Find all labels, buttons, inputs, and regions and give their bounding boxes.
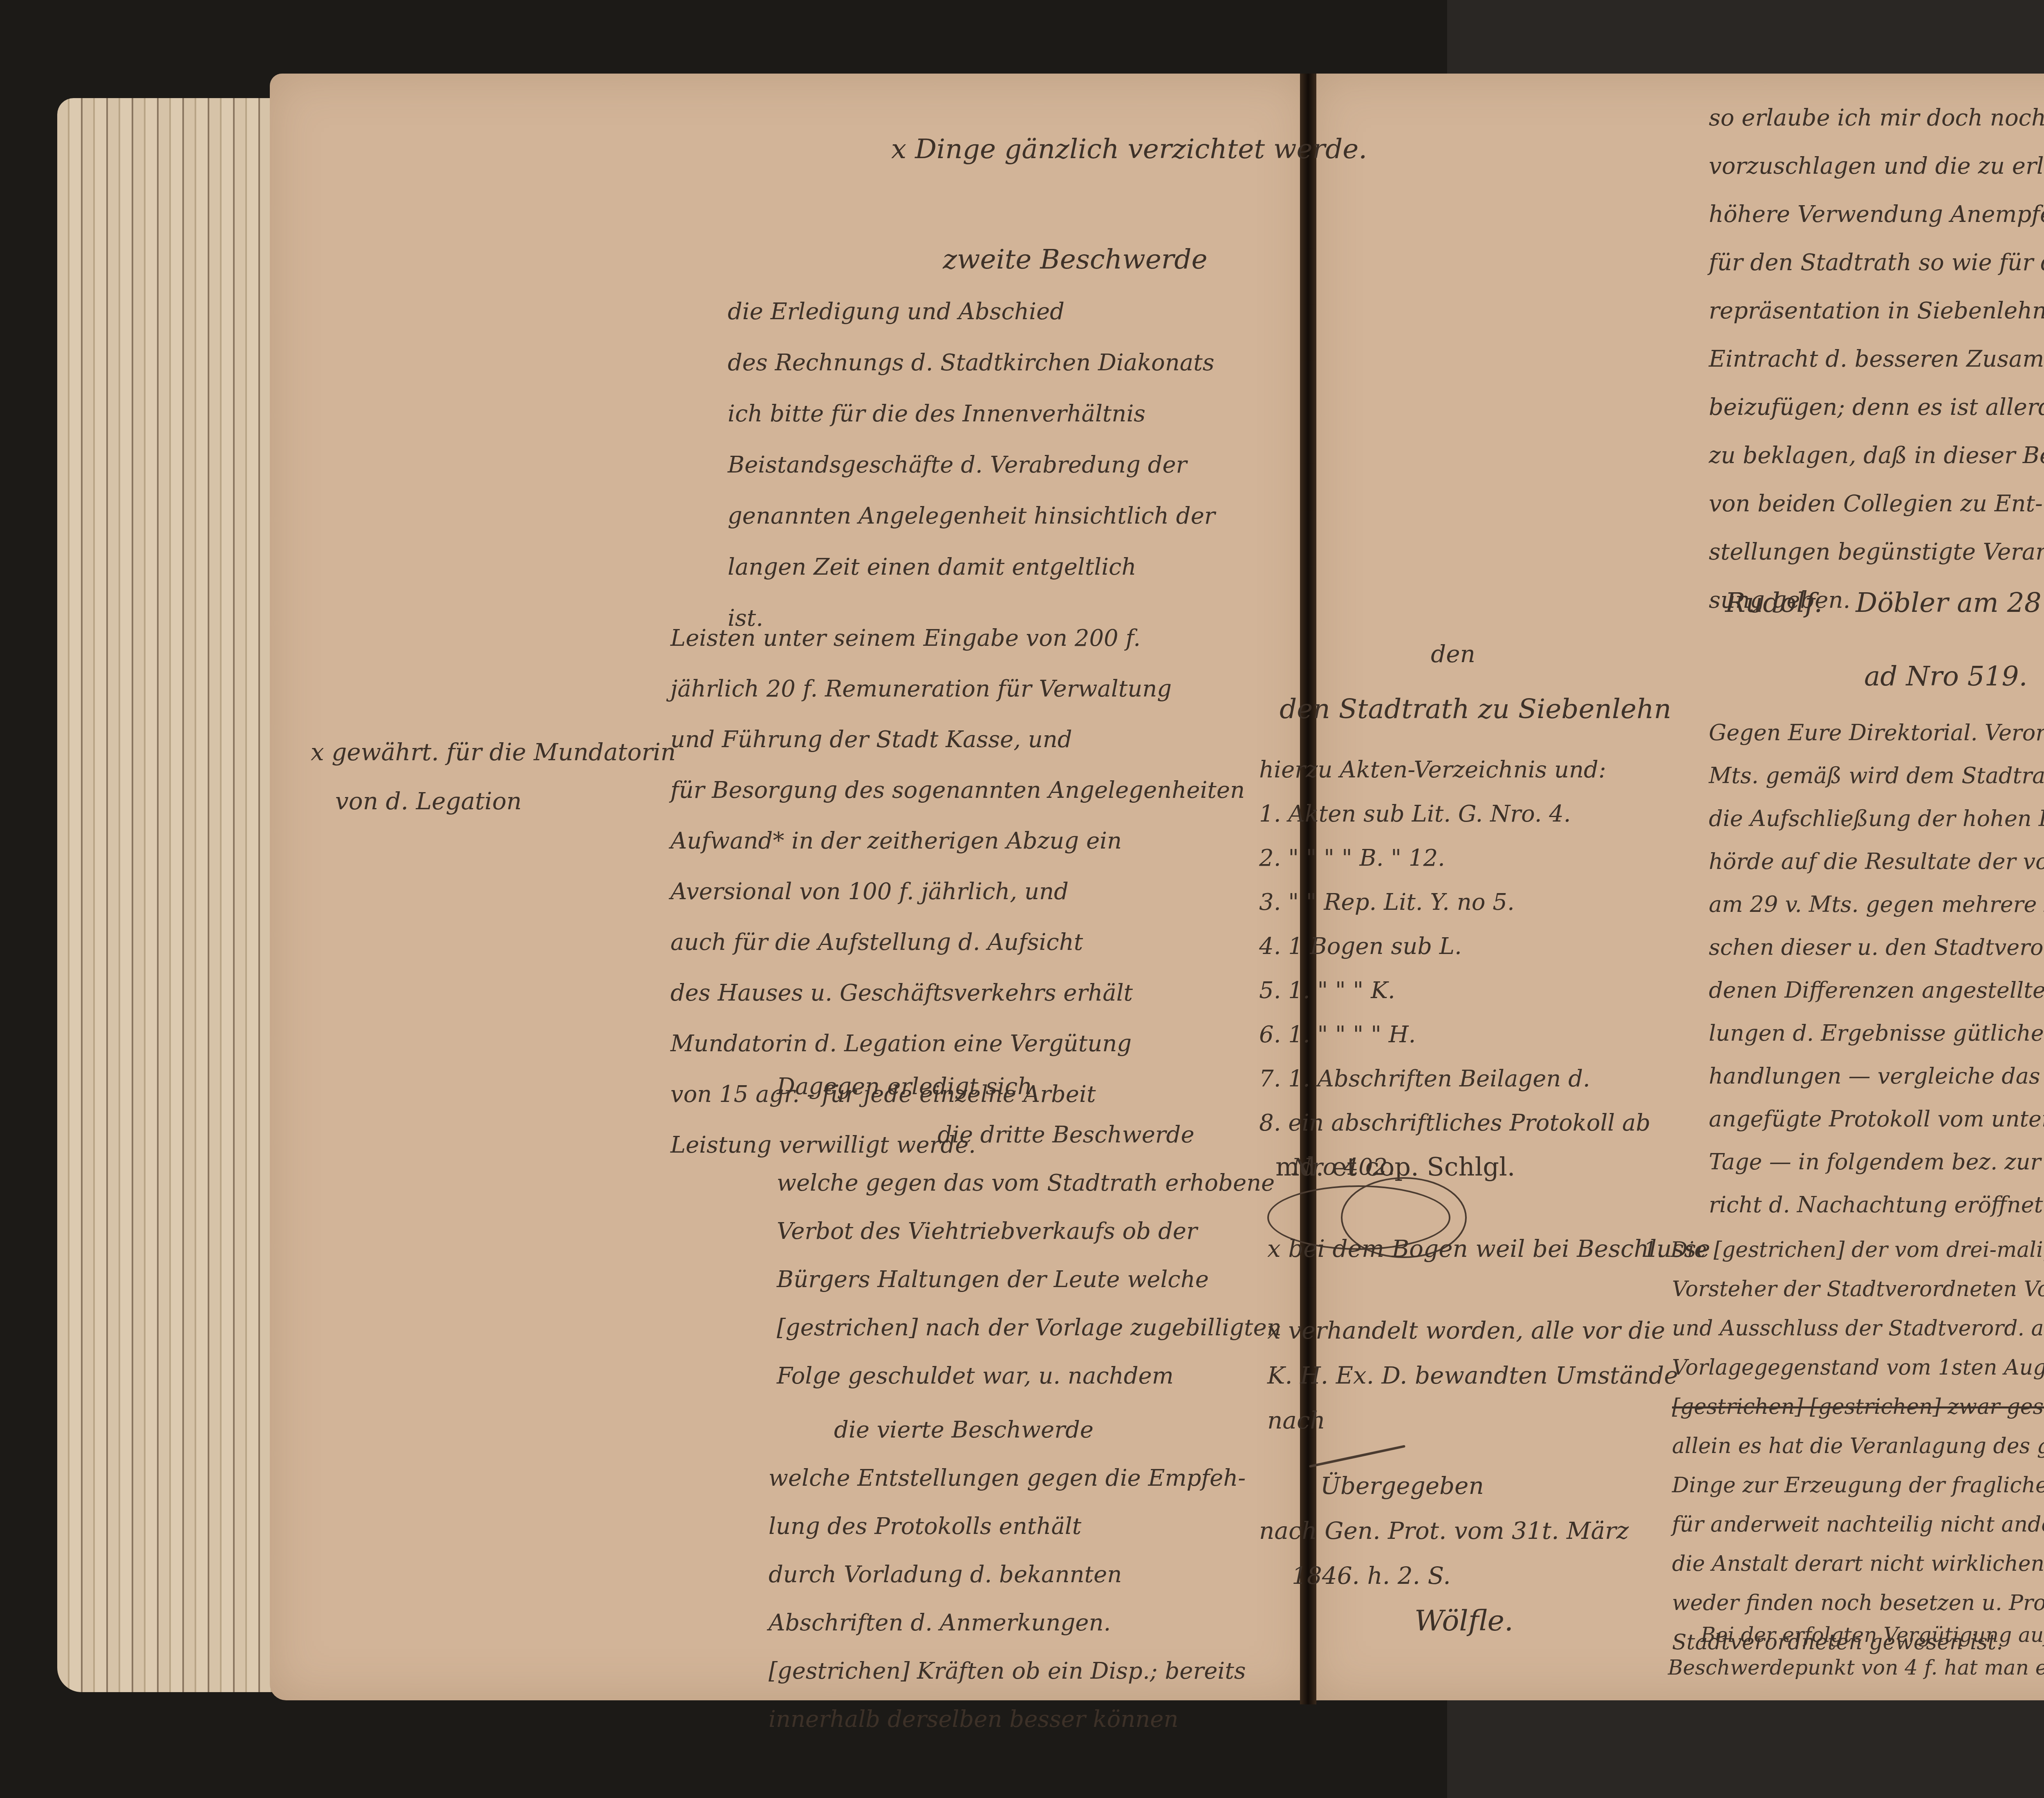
heading-vierte-beschwerde: die vierte Beschwerde: [769, 1406, 1246, 1454]
enclosure-item: 2. " " " " B. " 12.: [1259, 836, 1650, 880]
signature-woelfle: Wölfle.: [1259, 1598, 1629, 1643]
signoff-date: Döbler am 28 Febr. 46.: [1831, 587, 2044, 618]
enclosure-item: 4. 1 Bogen sub L.: [1259, 925, 1650, 969]
enclosure-list: hierzu Akten-Verzeichnis und: 1. Akten s…: [1259, 748, 1650, 1189]
closing-text: Bei der erfolgten Vergütigung auf die 3t…: [1668, 1619, 2044, 1684]
address-line: den Stadtrath zu Siebenlehn: [1280, 678, 1671, 740]
enclosure-item: 6. 1. " " " " H.: [1259, 1013, 1650, 1057]
item-number: 1.: [1643, 1238, 1664, 1262]
enclosure-intro: hierzu Akten-Verzeichnis und:: [1259, 748, 1650, 792]
enclosure-item: 5. 1. " " " K.: [1259, 969, 1650, 1013]
left-page-edges: [57, 98, 278, 1692]
reference-heading: ad Nro 519.: [1864, 646, 2028, 707]
left-top-line: x Dinge gänzlich verzichtet werde.: [891, 119, 1367, 180]
enclosure-item: 3. " " Rep. Lit. Y. no 5.: [1259, 880, 1650, 925]
signoff-name: Rudolf.: [1725, 587, 1822, 618]
signoff-line: Rudolf. Döbler am 28 Febr. 46.: [1725, 572, 2044, 634]
right-top-text: so erlaube ich mir doch noch dies nicht …: [1709, 94, 2044, 625]
right-body-text: Gegen Eure Direktorial. Verordg. vom 20.…: [1709, 711, 2044, 1226]
heading-dritte-beschwerde: die dritte Beschwerde: [777, 1111, 1282, 1159]
item-1: 1. Die [gestrichen] der vom drei-maligen…: [1643, 1230, 2044, 1662]
address-above: den: [1431, 629, 1475, 678]
section-3-text: Dagegen erledigt sich die dritte Beschwe…: [777, 1063, 1282, 1400]
left-margin-note: x gewährt. für die Mundatorin von d. Leg…: [311, 728, 676, 826]
delivery-note: Übergegeben nach Gen. Prot. vom 31t. Mär…: [1259, 1463, 1629, 1643]
heading-zweite-beschwerde: zweite Beschwerde: [932, 229, 1218, 290]
section-4-text: die vierte Beschwerde welche Entstellung…: [769, 1406, 1246, 1744]
enclosure-item: 7. 1. Abschriften Beilagen d.: [1259, 1057, 1650, 1101]
enclosure-item: 1. Akten sub Lit. G. Nro. 4.: [1259, 792, 1650, 836]
section-2-text: die Erledigung und Abschied des Rechnung…: [728, 286, 1215, 644]
